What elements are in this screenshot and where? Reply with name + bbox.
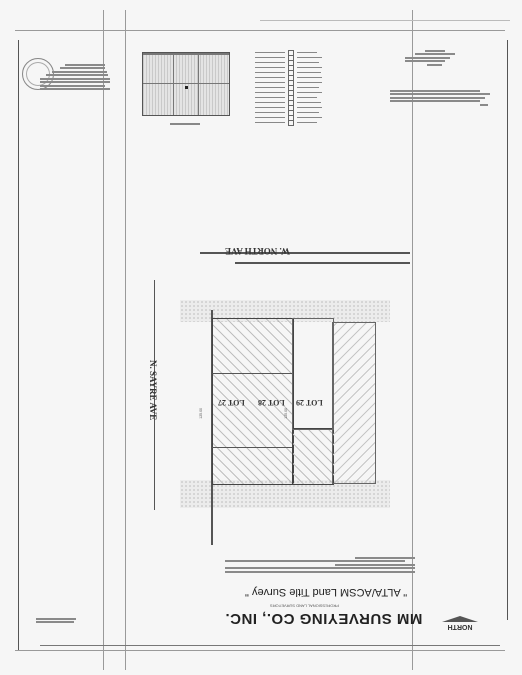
north-arrow-icon (442, 616, 478, 622)
top-border (15, 30, 505, 31)
interior-line-1 (212, 373, 292, 374)
bottom-border (15, 650, 505, 651)
lot-29-building (292, 428, 334, 485)
dimension-left: 125.00 (199, 408, 204, 419)
right-border (507, 40, 508, 620)
company-subtitle: PROFESSIONAL LAND SURVEYORS (270, 603, 339, 608)
title-block-bottom-line (40, 645, 500, 646)
lot-28-label: LOT 28 (258, 398, 285, 407)
company-name: MM SURVEYING CO., INC. (225, 610, 422, 627)
survey-notes (405, 48, 465, 67)
north-label: NORTH (430, 623, 490, 630)
street-label-north-ave: W. NORTH AVE (225, 246, 290, 256)
north-arrow: NORTH (430, 600, 490, 630)
survey-sheet: W. NORTH AVE N. SAYRE AVE LOT 27 LOT 28 … (0, 0, 522, 675)
legend (255, 50, 340, 125)
interior-line-2 (212, 447, 292, 448)
north-ave-line-2 (235, 262, 410, 264)
adjacent-building (332, 322, 376, 484)
vicinity-map (142, 52, 230, 116)
lot-27-label: LOT 27 (218, 398, 245, 407)
survey-title: " ALTA/ACSM Land Title Survey " (245, 586, 407, 598)
top-edge (260, 20, 510, 21)
left-border (18, 40, 19, 650)
dimension-right: 125.00 (284, 408, 289, 419)
street-label-sayre-ave: N. SAYRE AVE (148, 360, 158, 420)
title-notes (225, 555, 415, 574)
lot-29-open-area (292, 318, 334, 430)
revision-block (36, 616, 76, 625)
fold-line-left (125, 10, 126, 670)
fold-line-left-2 (103, 10, 104, 670)
vicinity-map-caption (170, 123, 200, 125)
certification-text (40, 62, 110, 92)
lot-29-label: LOT 29 (296, 398, 323, 407)
general-notes (390, 88, 490, 107)
